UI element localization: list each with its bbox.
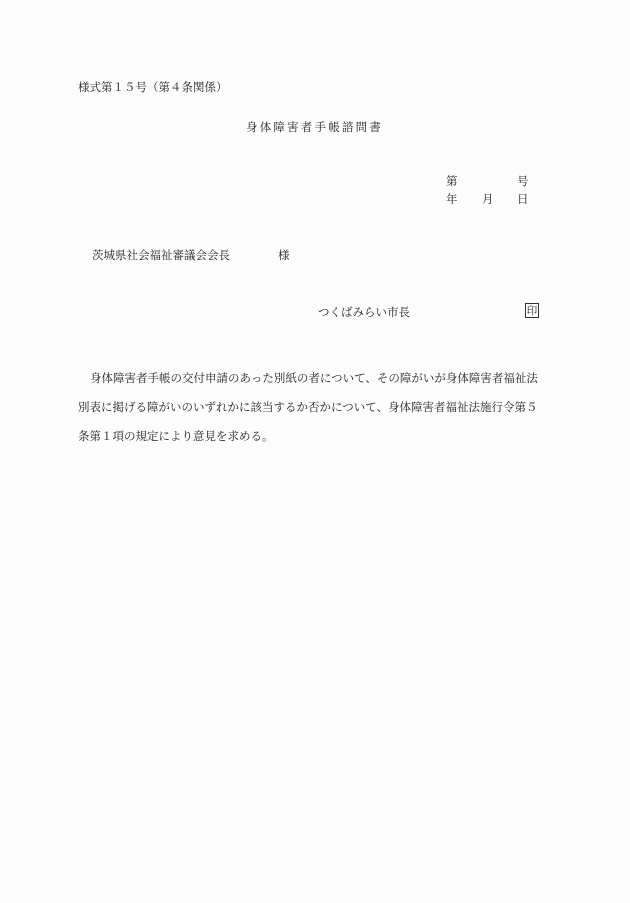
date-day-label: 日	[517, 192, 529, 206]
date-year-label: 年	[446, 192, 458, 206]
body-line-2: 別表に掲げる障がいのいずれかに該当するか否かについて、身体障害者福祉法施行令第５	[78, 393, 568, 422]
reference-number-suffix: 号	[517, 174, 529, 188]
body-paragraph: 身体障害者手帳の交付申請のあった別紙の者について、その障がいが身体障害者福祉法 …	[78, 364, 568, 451]
body-line-1: 身体障害者手帳の交付申請のあった別紙の者について、その障がいが身体障害者福祉法	[78, 364, 568, 393]
reference-number-date-block: 第 号 年 月 日	[446, 174, 536, 210]
seal-stamp-icon: 印	[525, 303, 539, 318]
form-number: 様式第１５号（第４条関係）	[78, 80, 228, 94]
recipient-name: 茨城県社会福祉審議会会長	[92, 248, 230, 262]
date-month-label: 月	[482, 192, 494, 206]
recipient-line: 茨城県社会福祉審議会会長 様	[92, 248, 230, 262]
sender-name: つくばみらい市長	[318, 305, 410, 319]
body-line-3: 条第１項の規定により意見を求める。	[78, 422, 568, 451]
reference-number-prefix: 第	[446, 174, 458, 188]
recipient-honorific: 様	[278, 248, 290, 262]
reference-number-row: 第 号	[446, 174, 536, 192]
document-title: 身体障害者手帳諮問書	[246, 120, 383, 134]
date-row: 年 月 日	[446, 192, 536, 210]
